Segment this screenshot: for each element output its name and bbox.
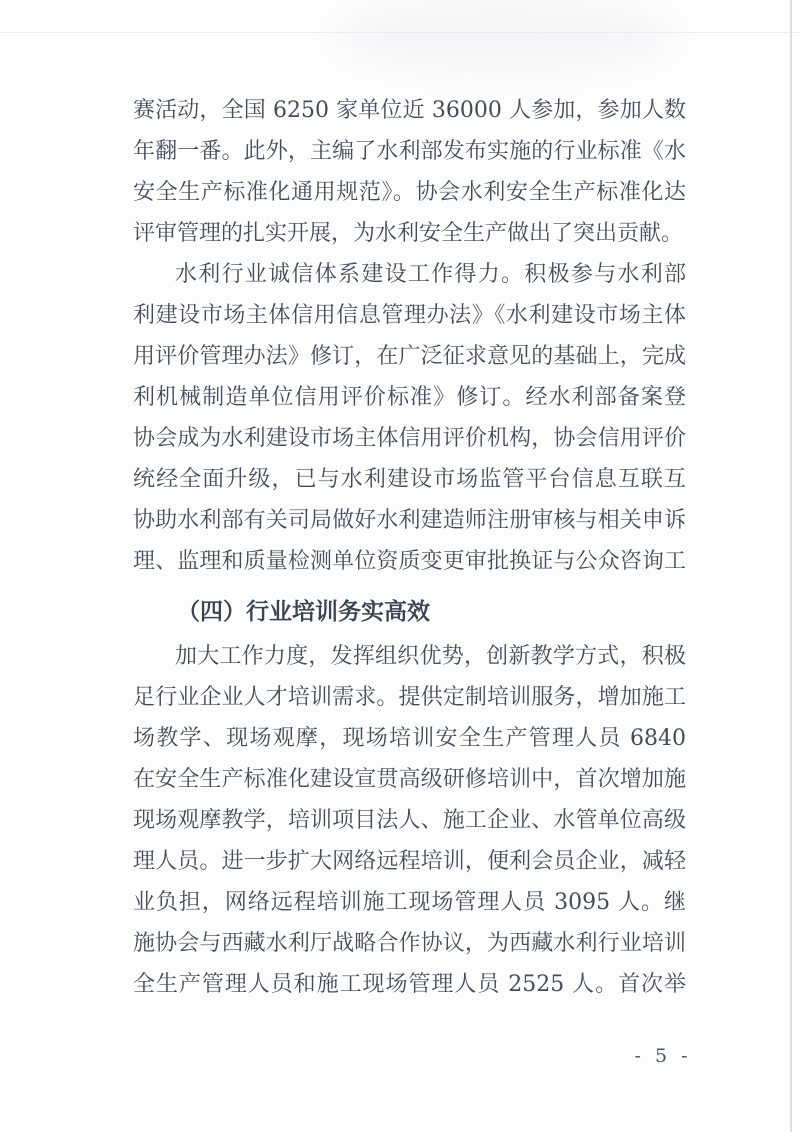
scan-page-edge bbox=[790, 0, 792, 1132]
text-line: 协会成为水利建设市场主体信用评价机构，协会信用评价系 bbox=[133, 418, 686, 459]
text-line: 统经全面升级，已与水利建设市场监管平台信息互联互通。 bbox=[133, 459, 686, 500]
text-line: 利机械制造单位信用评价标准》修订。经水利部备案登记， bbox=[133, 377, 686, 418]
text-line: 赛活动，全国 6250 家单位近 36000 人参加，参加人数比上 bbox=[133, 90, 686, 131]
scan-haze-artifact bbox=[340, 0, 670, 70]
scan-line-artifact bbox=[0, 32, 800, 33]
text-line: 施协会与西藏水利厅战略合作协议，为西藏水利行业培训安 bbox=[133, 923, 686, 964]
text-line: 在安全生产标准化建设宣贯高级研修培训中，首次增加施工 bbox=[133, 759, 686, 800]
scanned-document-page: 赛活动，全国 6250 家单位近 36000 人参加，参加人数比上 年翻一番。此… bbox=[0, 0, 800, 1132]
document-body: 赛活动，全国 6250 家单位近 36000 人参加，参加人数比上 年翻一番。此… bbox=[133, 90, 686, 1005]
text-line: 年翻一番。此外，主编了水利部发布实施的行业标准《水利 bbox=[133, 131, 686, 172]
text-line: 理人员。进一步扩大网络远程培训，便利会员企业，减轻企 bbox=[133, 841, 686, 882]
text-line: 加大工作力度，发挥组织优势，创新教学方式，积极满 bbox=[133, 636, 686, 677]
section-heading: （四）行业培训务实高效 bbox=[133, 591, 686, 632]
text-line: 协助水利部有关司局做好水利建造师注册审核与相关申诉处 bbox=[133, 500, 686, 541]
text-line: 利建设市场主体信用信息管理办法》《水利建设市场主体信 bbox=[133, 295, 686, 336]
page-number: - 5 - bbox=[628, 1044, 698, 1068]
text-line: 评审管理的扎实开展，为水利安全生产做出了突出贡献。 bbox=[133, 213, 686, 254]
text-line: 安全生产标准化通用规范》。协会水利安全生产标准化达标 bbox=[133, 172, 686, 213]
text-line: 场教学、现场观摩，现场培训安全生产管理人员 6840 人。 bbox=[133, 718, 686, 759]
text-line: 理、监理和质量检测单位资质变更审批换证与公众咨询工作。 bbox=[133, 541, 686, 582]
text-line: 现场观摩教学，培训项目法人、施工企业、水管单位高级管 bbox=[133, 800, 686, 841]
text-line: 业负担，网络远程培训施工现场管理人员 3095 人。继续实 bbox=[133, 882, 686, 923]
text-line: 全生产管理人员和施工现场管理人员 2525 人。首次举办水 bbox=[133, 964, 686, 1005]
text-line: 足行业企业人才培训需求。提供定制培训服务，增加施工现 bbox=[133, 677, 686, 718]
text-line: 用评价管理办法》修订，在广泛征求意见的基础上，完成《水 bbox=[133, 336, 686, 377]
text-line: 水利行业诚信体系建设工作得力。积极参与水利部《水 bbox=[133, 254, 686, 295]
